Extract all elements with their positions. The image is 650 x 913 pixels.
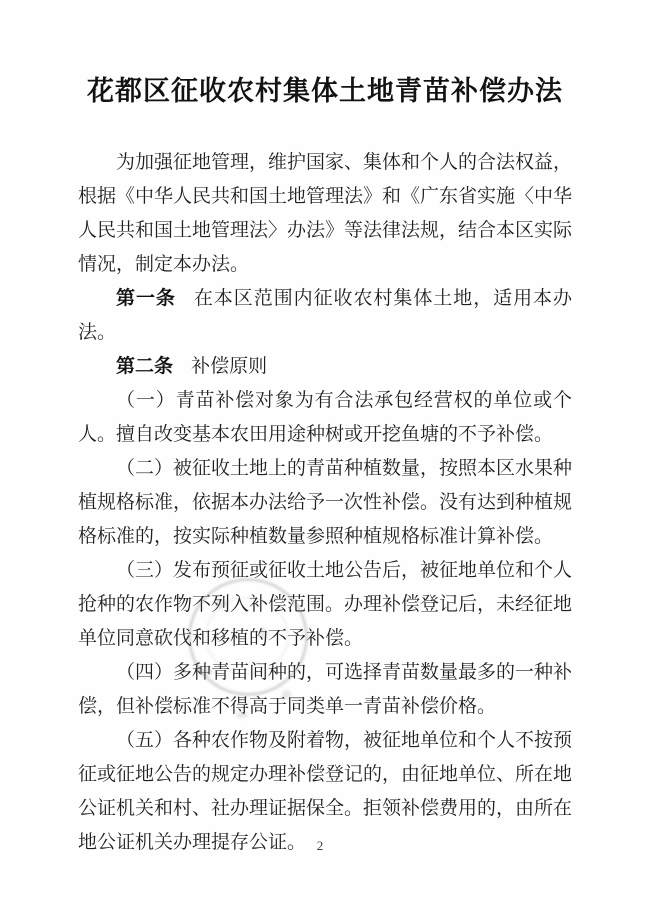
paragraph-item-4: （四）多种青苗间种的，可选择青苗数量最多的一种补偿，但补偿标准不得高于同类单一青…	[78, 656, 572, 724]
paragraph-article-2: 第二条补偿原则	[78, 350, 572, 384]
page-number: 2	[0, 838, 640, 854]
paragraph-item-3: （三）发布预征或征收土地公告后，被征地单位和个人抢种的农作物不列入补偿范围。办理…	[78, 554, 572, 656]
paragraph-article-1: 第一条在本区范围内征收农村集体土地，适用本办法。	[78, 282, 572, 350]
document-body: 为加强征地管理，维护国家、集体和个人的合法权益，根据《中华人民共和国土地管理法》…	[78, 146, 572, 860]
article-number: 第一条	[116, 288, 176, 309]
paragraph-item-2: （二）被征收土地上的青苗种植数量，按照本区水果种植规格标准，依据本办法给予一次性…	[78, 452, 572, 554]
paragraph-text: 为加强征地管理，维护国家、集体和个人的合法权益，根据《中华人民共和国土地管理法》…	[78, 152, 572, 275]
paragraph-text: 补偿原则	[191, 356, 267, 377]
document-page: 花都区征收农村集体土地青苗补偿办法 为加强征地管理，维护国家、集体和个人的合法权…	[0, 0, 650, 913]
paragraph-text: （四）多种青苗间种的，可选择青苗数量最多的一种补偿，但补偿标准不得高于同类单一青…	[78, 662, 572, 717]
paragraph-item-1: （一）青苗补偿对象为有合法承包经营权的单位或个人。擅自改变基本农田用途种树或开挖…	[78, 384, 572, 452]
paragraph-text: （三）发布预征或征收土地公告后，被征地单位和个人抢种的农作物不列入补偿范围。办理…	[78, 560, 572, 649]
paragraph-text: （一）青苗补偿对象为有合法承包经营权的单位或个人。擅自改变基本农田用途种树或开挖…	[78, 390, 572, 445]
article-number: 第二条	[116, 356, 173, 377]
paragraph-text: （五）各种农作物及附着物，被征地单位和个人不按预征或征地公告的规定办理补偿登记的…	[78, 730, 572, 853]
paragraph-text: （二）被征收土地上的青苗种植数量，按照本区水果种植规格标准，依据本办法给予一次性…	[78, 458, 572, 547]
paragraph-preamble: 为加强征地管理，维护国家、集体和个人的合法权益，根据《中华人民共和国土地管理法》…	[78, 146, 572, 282]
document-title: 花都区征收农村集体土地青苗补偿办法	[0, 74, 650, 108]
